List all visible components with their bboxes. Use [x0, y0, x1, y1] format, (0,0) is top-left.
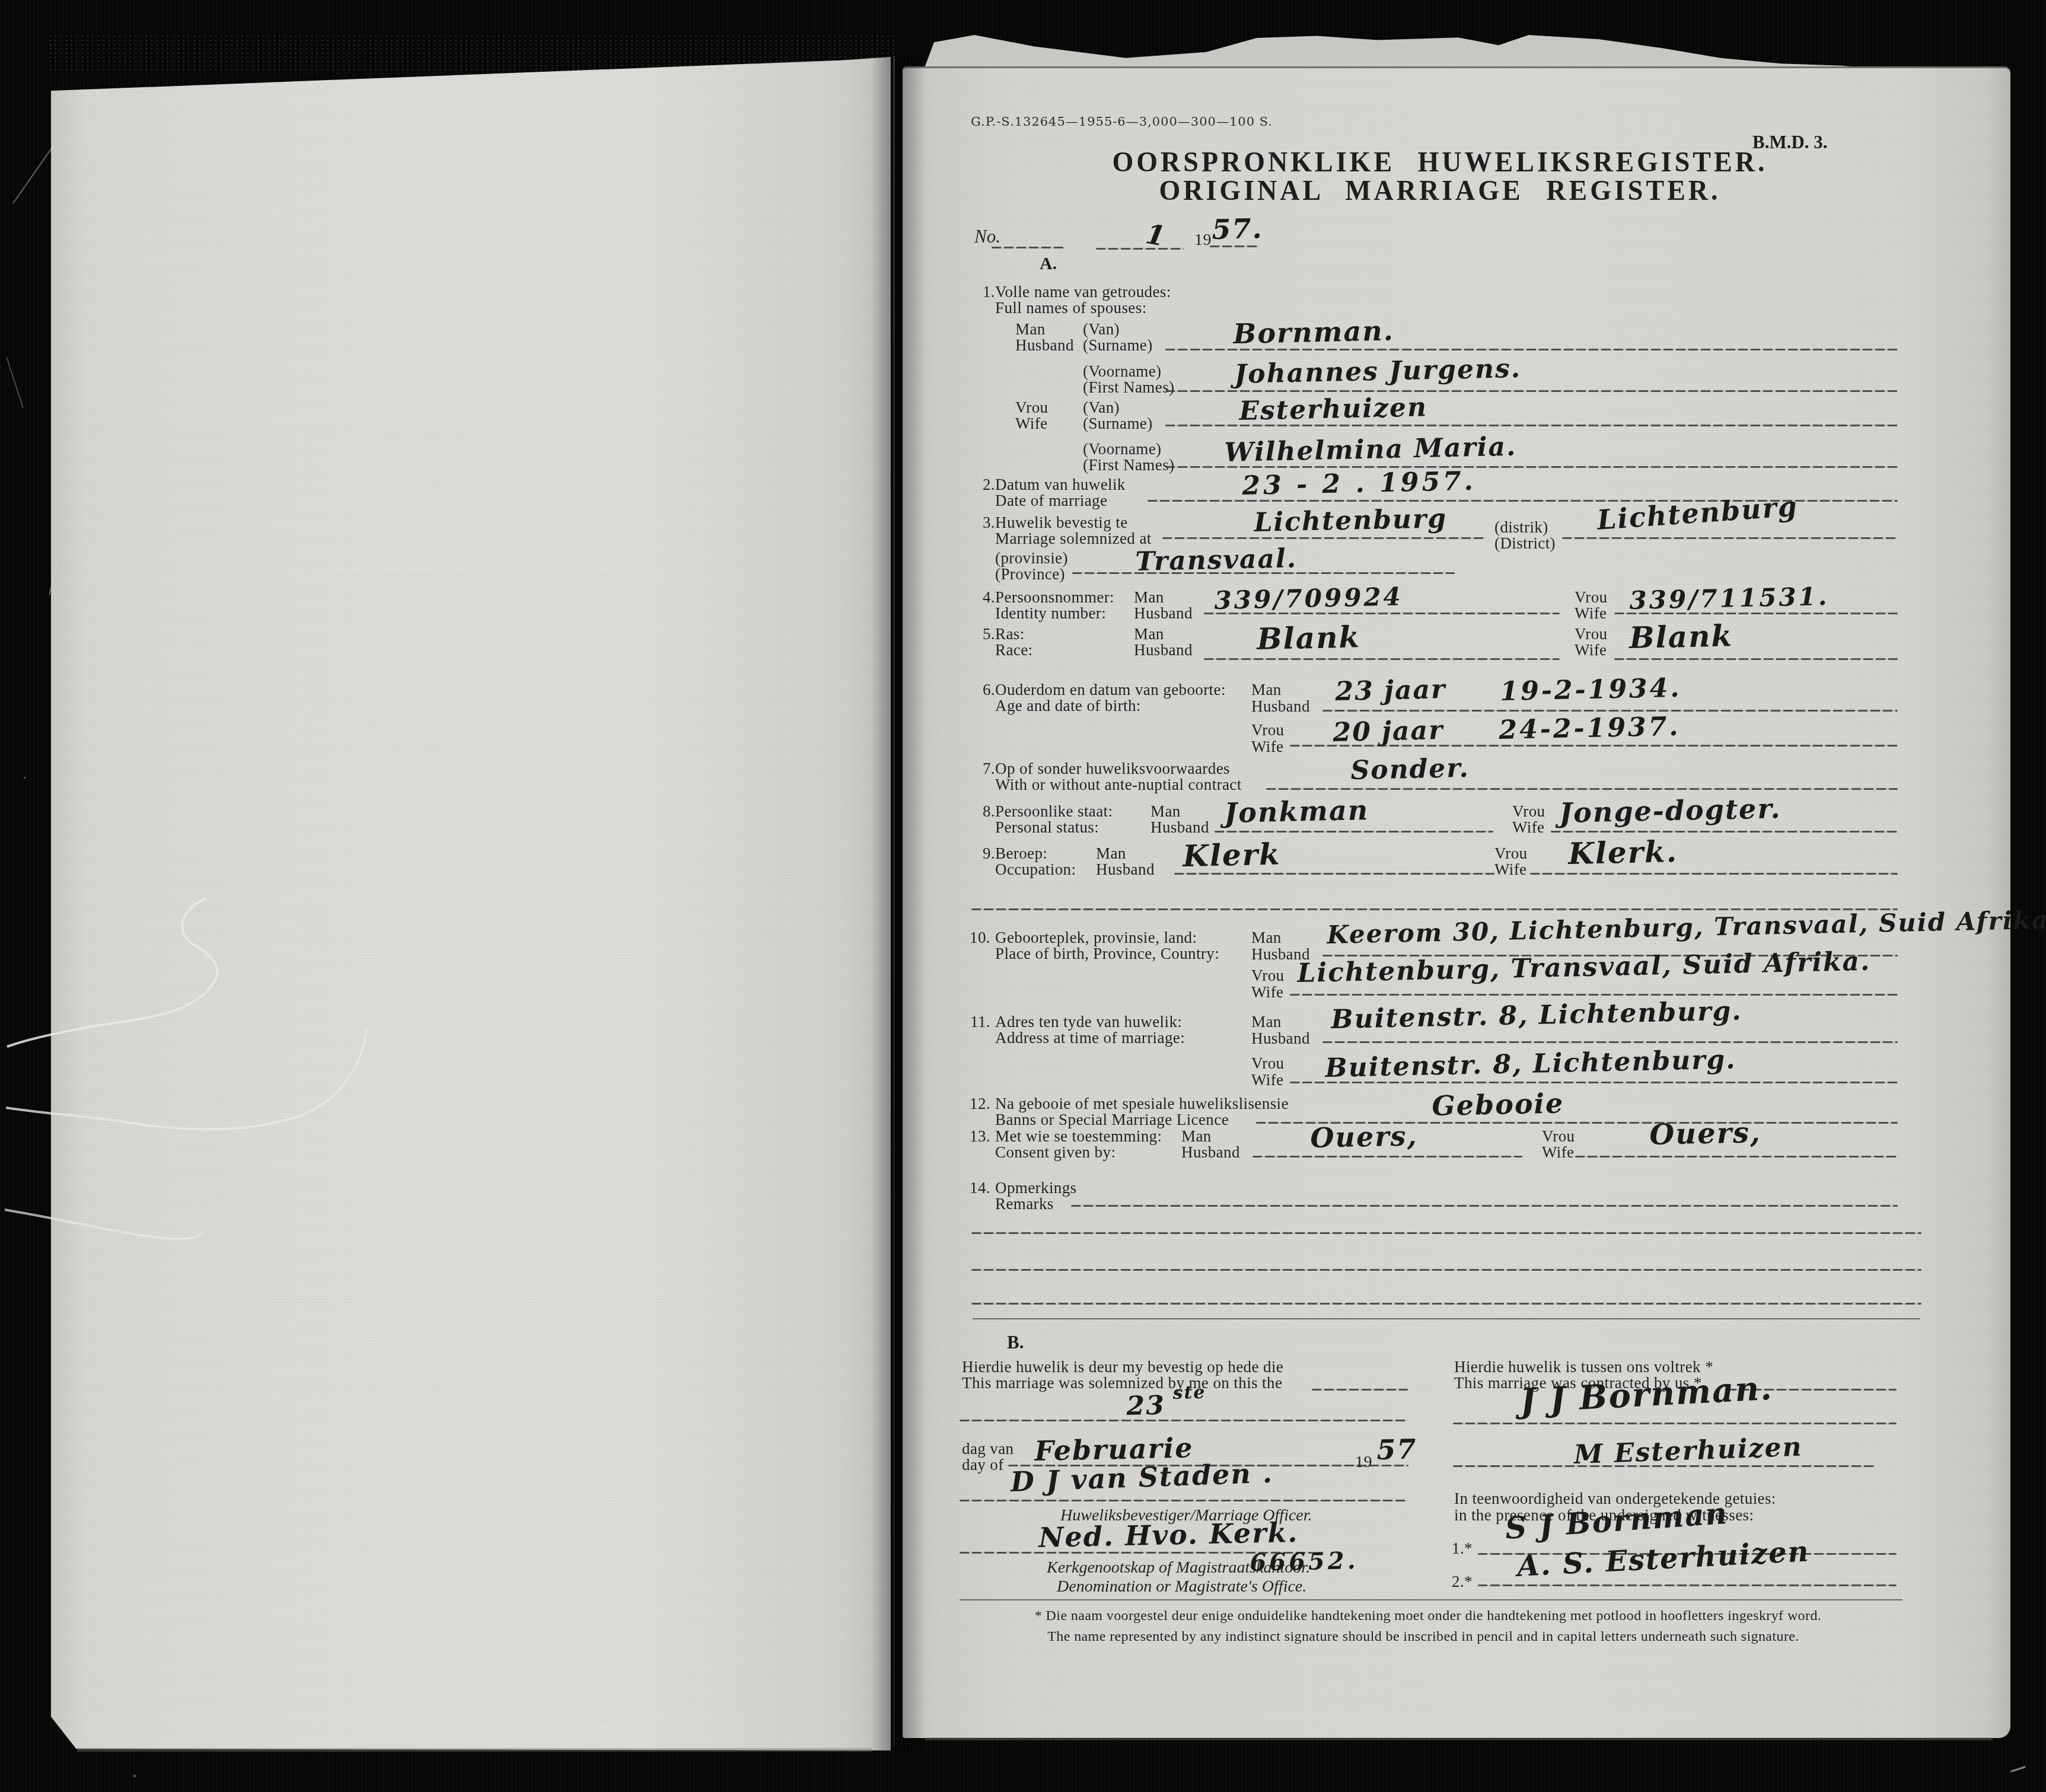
field-number: 1.: [967, 283, 995, 301]
rule: [1322, 1041, 1898, 1043]
witness1-label: 1.*: [1452, 1539, 1473, 1558]
witness2-label: 2.*: [1452, 1573, 1473, 1591]
wife-consent-value: Ouers,: [1649, 1116, 1761, 1152]
field-label-en: Place of birth, Province, Country:: [995, 945, 1219, 963]
field-number: 13.: [962, 1127, 990, 1146]
rule: [1562, 537, 1898, 539]
scanned-marriage-register: G.P.-S.132645—1955-6—3,000—300—100 S. B.…: [0, 0, 2046, 1792]
wife-label: Wife: [1512, 818, 1544, 837]
field-number: 4.: [967, 588, 995, 607]
rule: [1530, 873, 1898, 875]
husband-label: Husband: [1251, 697, 1310, 716]
rule: [1071, 1205, 1898, 1207]
year-prefix: 19: [1355, 1453, 1372, 1472]
rule: [1290, 994, 1898, 996]
denomination-value: Ned. Hvo. Kerk.: [1038, 1516, 1299, 1554]
husband-occupation-value: Klerk: [1183, 837, 1281, 873]
field-number: 2.: [967, 476, 995, 494]
husband-label: Husband: [1134, 604, 1193, 623]
wife-race-value: Blank: [1629, 618, 1733, 655]
husband-label: Husband: [1134, 641, 1193, 659]
torn-page-edge: [924, 27, 1932, 70]
rule: [960, 1500, 1408, 1501]
husband-label: Husband: [1181, 1143, 1240, 1162]
district-label: (District): [1494, 534, 1556, 553]
year-value: 57: [1376, 1433, 1417, 1466]
field-number: 8.: [967, 802, 995, 821]
wife-label: Wife: [1575, 641, 1607, 659]
first-names-label: (First Names): [1083, 456, 1174, 474]
section-a-label: A.: [1040, 254, 1057, 274]
rule: [1266, 788, 1898, 790]
rule: [973, 1318, 1920, 1319]
banns-value: Gebooie: [1432, 1087, 1564, 1122]
rule: [1322, 710, 1898, 712]
field-number: 11.: [962, 1013, 990, 1031]
wife-first-names-value: Wilhelmina Maria.: [1224, 432, 1517, 468]
rule: [1478, 1584, 1897, 1586]
first-names-label: (First Names): [1083, 378, 1174, 397]
denomination-label-en: Denomination or Magistrate's Office.: [1057, 1577, 1306, 1596]
title-afrikaans: OORSPRONKLIKE HUWELIKSREGISTER.: [1113, 145, 1768, 178]
rule: [971, 908, 1898, 910]
husband-label: Husband: [1096, 860, 1155, 879]
man-label: Man: [1251, 681, 1282, 699]
denomination-number: 66652.: [1250, 1547, 1359, 1577]
field-label-en: Banns or Special Marriage Licence: [995, 1111, 1229, 1129]
vrou-label: Vrou: [1251, 967, 1284, 985]
field-label-en: Remarks: [995, 1195, 1054, 1213]
field-label-en: With or without ante-nuptial contract: [995, 776, 1242, 794]
field-label-en: Personal status:: [995, 818, 1099, 837]
man-label: Man: [1251, 1013, 1282, 1031]
year-value: 57.: [1212, 212, 1263, 245]
province-value: Transvaal.: [1135, 543, 1298, 577]
wife-dob-value: 24-2-1937.: [1499, 712, 1681, 745]
field-label-en: Identity number:: [995, 604, 1106, 623]
rule: [1253, 1156, 1522, 1158]
footnote-en: The name represented by any indistinct s…: [1047, 1629, 1799, 1645]
day-suffix: ste: [1172, 1382, 1206, 1404]
field-label-en: Full names of spouses:: [995, 299, 1147, 317]
husband-label: Husband: [1015, 336, 1074, 355]
surname-label: (Surname): [1083, 414, 1153, 433]
husband-first-names-value: Johannes Jurgens.: [1234, 353, 1522, 390]
field-number: 6.: [967, 681, 995, 699]
husband-status-value: Jonkman: [1224, 794, 1369, 829]
wife-label: Wife: [1015, 414, 1047, 433]
wife-label: Wife: [1542, 1143, 1574, 1162]
wife-label: Wife: [1494, 860, 1526, 879]
husband-age-value: 23 jaar: [1335, 674, 1446, 707]
wife-label: Wife: [1251, 983, 1283, 1002]
surname-label: (Surname): [1083, 336, 1153, 355]
wife-status-value: Jonge-dogter.: [1559, 792, 1782, 829]
field-label-en: Occupation:: [995, 860, 1076, 879]
page-stack-edge-right: [925, 1737, 1993, 1740]
wife-label: Wife: [1575, 604, 1607, 623]
scratch-mark: [6, 357, 24, 408]
husband-dob-value: 19-2-1934.: [1500, 673, 1682, 707]
husband-race-value: Blank: [1257, 619, 1361, 656]
footnote-separator: [960, 1599, 1902, 1600]
rule: [1210, 245, 1258, 247]
printer-imprint: G.P.-S.132645—1955-6—3,000—300—100 S.: [971, 114, 1273, 129]
vrou-label: Vrou: [1251, 721, 1284, 739]
man-label: Man: [1251, 929, 1282, 947]
marriage-place-value: Lichtenburg: [1254, 503, 1447, 538]
rule: [1551, 831, 1898, 833]
field-number: 12.: [962, 1095, 990, 1113]
marriage-date-value: 23 - 2 . 1957.: [1242, 466, 1476, 501]
rule: [1204, 658, 1560, 660]
rule: [1174, 873, 1494, 875]
scratch-mark: [133, 1775, 136, 1777]
husband-id-value: 339/709924: [1214, 582, 1403, 615]
scan-thread-artifact: [0, 878, 415, 1263]
rule: [1165, 390, 1898, 392]
rule: [1215, 831, 1493, 833]
section-b-label: B.: [1007, 1332, 1024, 1353]
footnote-af: * Die naam voorgestel deur enige onduide…: [1035, 1608, 1821, 1624]
husband-label: Husband: [1251, 1029, 1310, 1048]
book-crease: [893, 56, 895, 1747]
rule: [971, 1232, 1921, 1234]
field-label-en: Race:: [995, 641, 1032, 659]
scratch-mark: [24, 777, 26, 779]
field-number: 9.: [967, 844, 995, 863]
scratch-mark: [2010, 1766, 2026, 1772]
number-label: No.: [974, 226, 1000, 247]
solemnized-line-en: This marriage was solemnized by me on th…: [962, 1374, 1282, 1392]
rule: [1453, 1465, 1875, 1467]
wife-surname-value: Esterhuizen: [1239, 392, 1427, 426]
field-number: 10.: [962, 929, 990, 947]
field-label-en: Address at time of marriage:: [995, 1029, 1185, 1047]
husband-surname-value: Bornman.: [1233, 314, 1394, 350]
year-prefix: 19: [1194, 231, 1212, 250]
rule: [960, 1420, 1408, 1421]
rule: [1096, 248, 1184, 250]
vrou-label: Vrou: [1251, 1054, 1284, 1073]
antenuptial-value: Sonder.: [1350, 753, 1470, 786]
wife-label: Wife: [1251, 738, 1283, 756]
husband-label: Husband: [1151, 818, 1209, 837]
field-number: 7.: [967, 760, 995, 778]
book-gutter-shadow: [871, 55, 925, 1750]
scratch-mark: [12, 140, 58, 204]
wife-label: Wife: [1251, 1071, 1283, 1089]
day-of-label: day of: [962, 1456, 1004, 1474]
field-label-en: Marriage solemnized at: [995, 530, 1152, 548]
field-number: 14.: [962, 1179, 990, 1197]
field-number: 5.: [967, 625, 995, 643]
page-stack-edge-left: [77, 1748, 872, 1752]
title-english: ORIGINAL MARRIAGE REGISTER.: [1159, 174, 1720, 206]
field-label-en: Date of marriage: [995, 492, 1107, 510]
rule: [1312, 1389, 1408, 1391]
field-number: 3.: [967, 514, 995, 532]
province-label: (Province): [995, 565, 1065, 583]
day-value: 23: [1126, 1391, 1165, 1421]
rule: [1453, 1423, 1897, 1424]
field-label-en: Consent given by:: [995, 1143, 1116, 1162]
wife-occupation-value: Klerk.: [1568, 834, 1678, 871]
rule: [1614, 658, 1898, 660]
wife-id-value: 339/711531.: [1629, 582, 1830, 615]
rule: [971, 1269, 1921, 1271]
rule: [992, 247, 1064, 248]
wife-age-value: 20 jaar: [1333, 715, 1444, 748]
rule: [971, 1303, 1921, 1305]
rule: [1162, 537, 1486, 539]
husband-consent-value: Ouers,: [1310, 1120, 1418, 1154]
rule: [1575, 1156, 1898, 1158]
field-label-en: Age and date of birth:: [995, 697, 1141, 715]
